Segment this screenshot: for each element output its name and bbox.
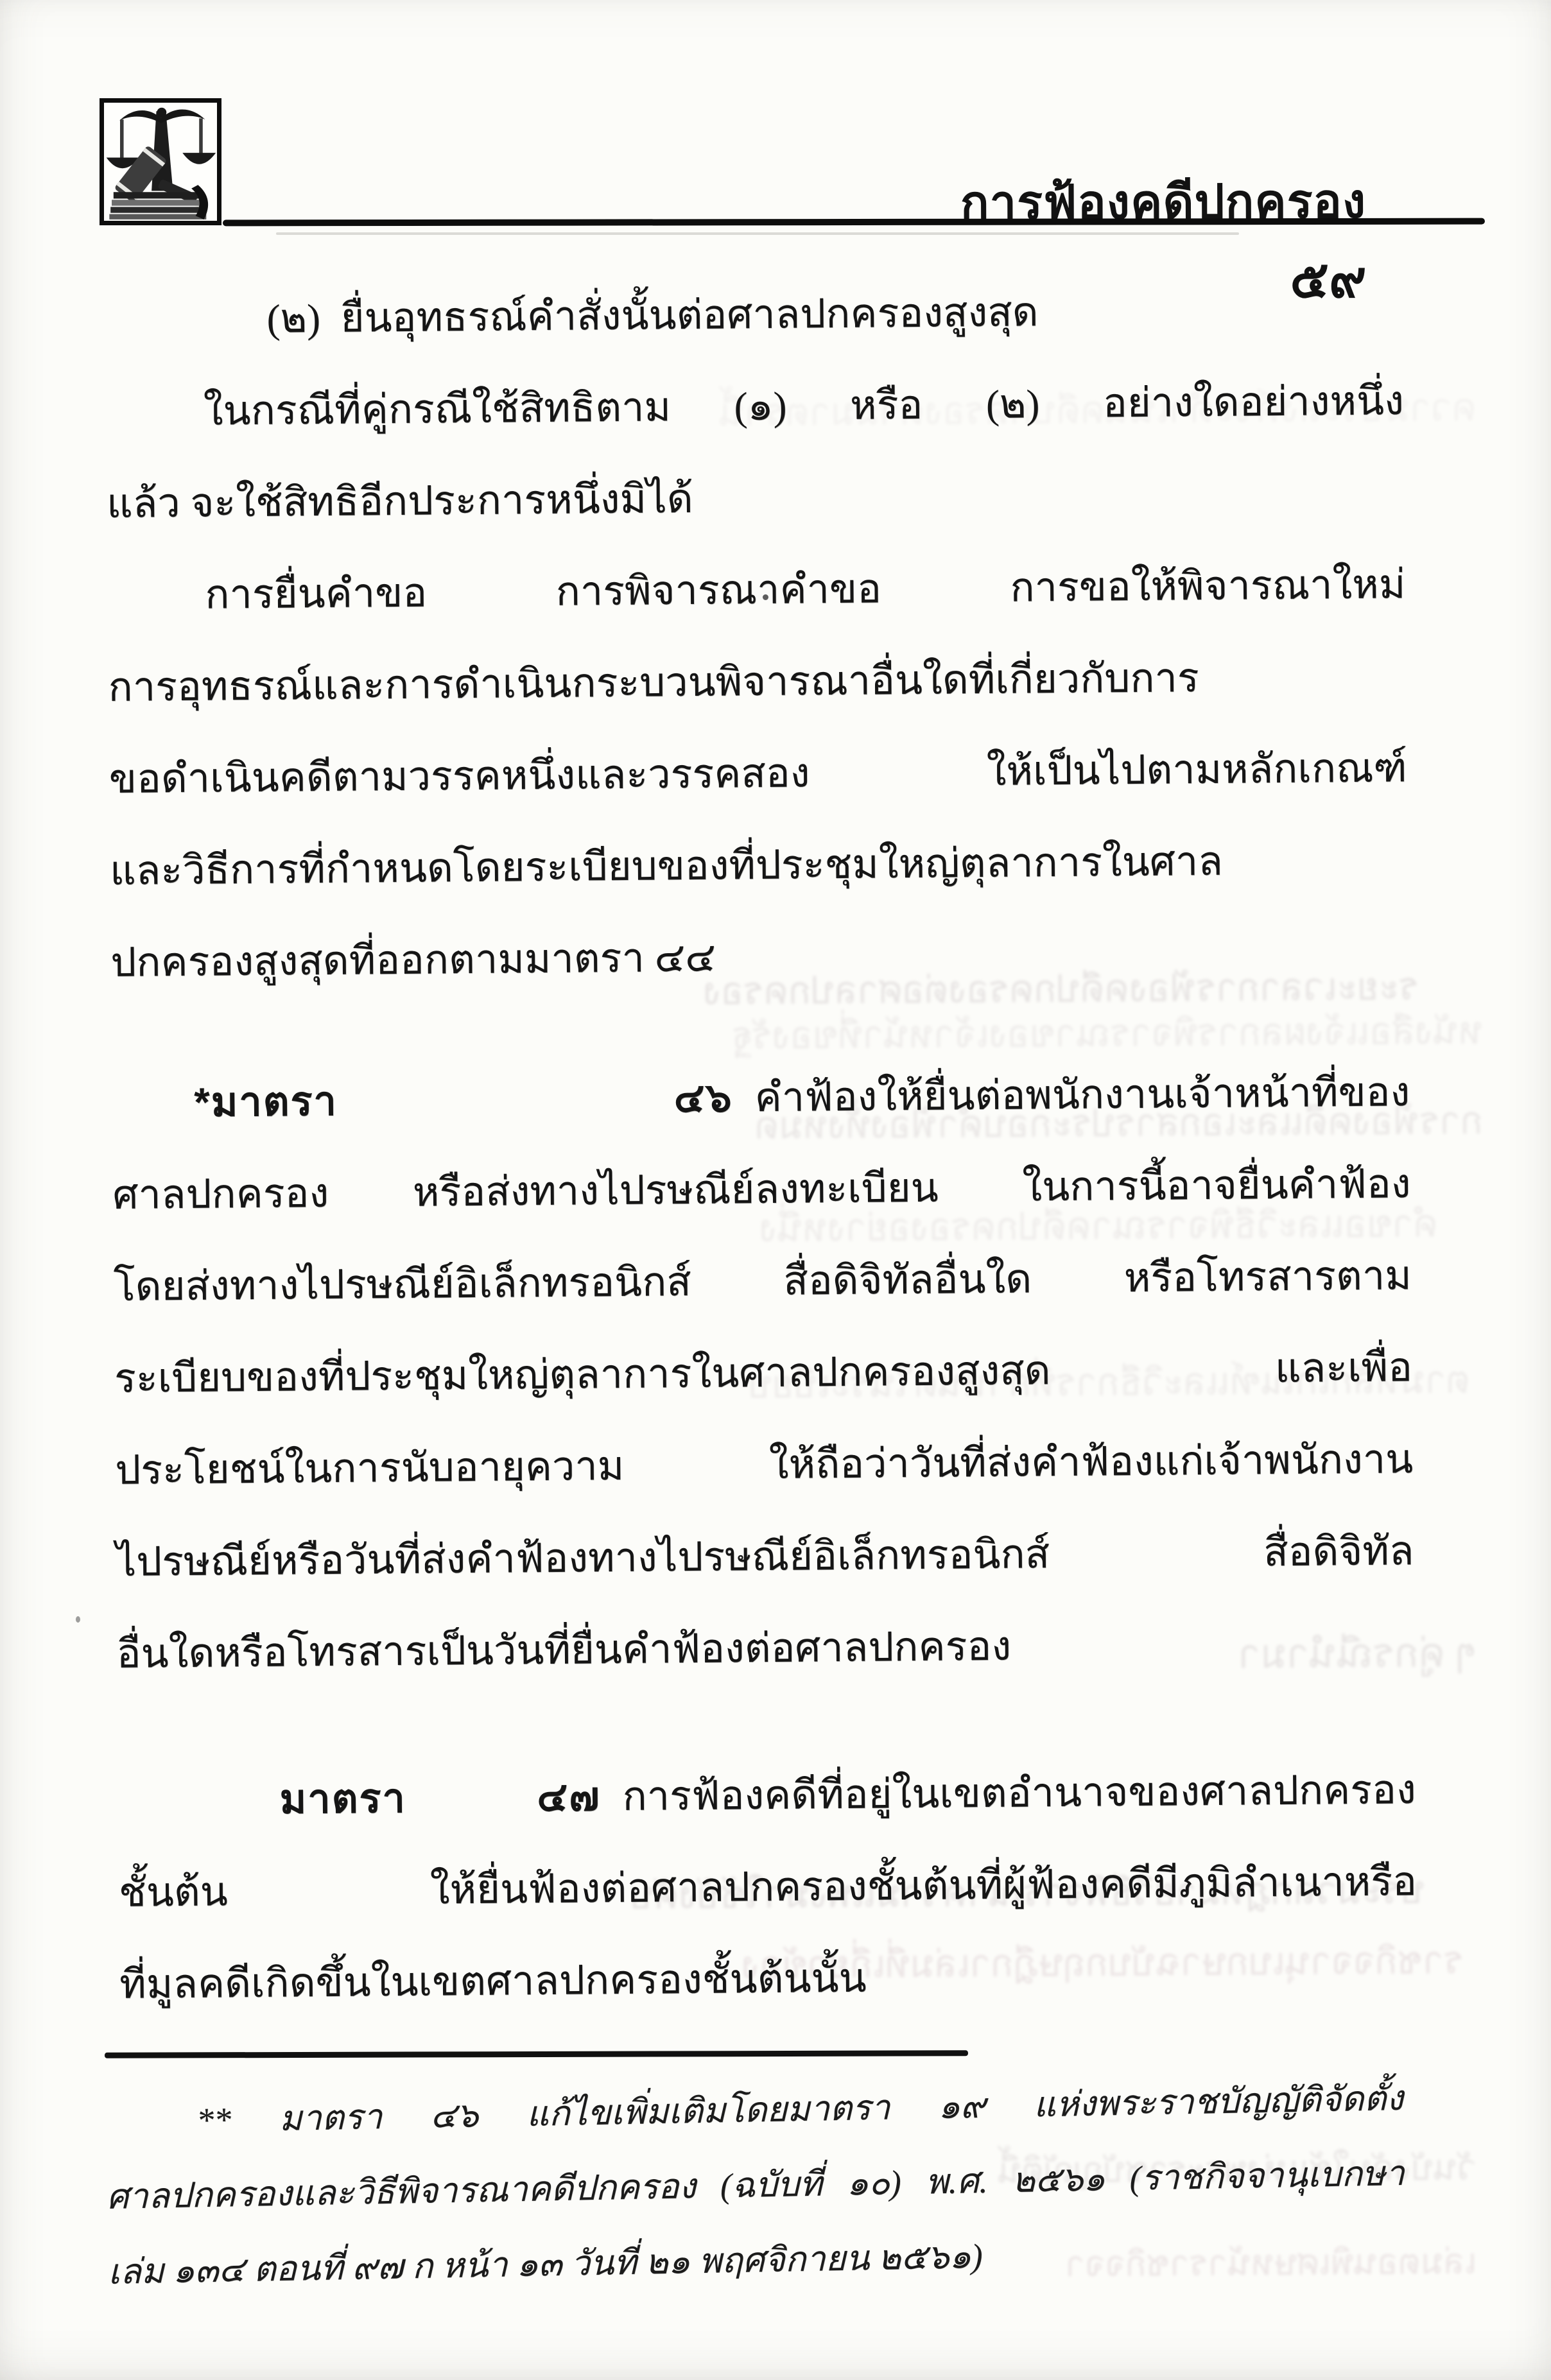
body-line: และวิธีการที่กำหนดโดยระเบียบของที่ประชุม… [109,814,1408,917]
body-line-text: การฟ้องคดีที่อยู่ในเขตอำนาจของศาลปกครอง [622,1767,1416,1819]
body-line: ประโยชน์ในการนับอายุความ ให้ถือว่าวันที่… [115,1413,1414,1517]
body-line: ปกครองสูงสุดที่ออกตามมาตรา ๔๔ [110,906,1409,1009]
page-header: การฟ้องคดีปกครอง ๕๙ [96,151,1366,221]
body-line-section-47: มาตรา ๔๗การฟ้องคดีที่อยู่ในเขตอำนาจของศา… [117,1744,1416,1847]
section-46-heading: *มาตรา ๔๖ [194,1076,733,1125]
body-line-section-46: *มาตรา ๔๖คำฟ้องให้ยื่นต่อพนักงานเจ้าหน้า… [112,1046,1410,1150]
body-line: ศาลปกครอง หรือส่งทางไปรษณีย์ลงทะเบียน ใน… [112,1138,1411,1241]
body-line: การยื่นคำขอ การพิจารณาคำขอ การขอให้พิจาร… [107,539,1406,642]
body-line: โดยส่งทางไปรษณีย์อิเล็กทรอนิกส์ สื่อดิจิ… [113,1230,1412,1333]
section-47-heading: มาตรา ๔๗ [279,1774,600,1822]
body-line: ชั้นต้น ให้ยื่นฟ้องต่อศาลปกครองชั้นต้นที… [118,1836,1417,1939]
scanned-book-page: การฟ้องคดีปกครอง ๕๙ ความประสงค์จะดำเนินค… [0,0,1551,2380]
body-text: (๒) ยื่นอุทธรณ์คำสั่งนั้นต่อศาลปกครองสูง… [105,263,1418,2031]
header-rule-scan-echo [276,232,1239,235]
footnote: ** มาตรา ๔๖ แก้ไขเพิ่มเติมโดยมาตรา ๑๙ แห… [105,2061,1407,2310]
body-line: ขอดำเนินคดีตามวรรคหนึ่งและวรรคสอง ให้เป็… [108,722,1407,825]
body-line: ไปรษณีย์หรือวันที่ส่งคำฟ้องทางไปรษณีย์อิ… [116,1505,1414,1608]
body-line: ที่มูลคดีเกิดขึ้นในเขตศาลปกครองชั้นต้นนั… [119,1927,1418,2031]
body-line: อื่นใดหรือโทรสารเป็นวันที่ยื่นคำฟ้องต่อศ… [116,1597,1415,1700]
body-line: (๒) ยื่นอุทธรณ์คำสั่งนั้นต่อศาลปกครองสูง… [105,263,1403,366]
body-line: ระเบียบของที่ประชุมใหญ่ตุลาการในศาลปกครอ… [114,1322,1412,1425]
body-line: ในกรณีที่คู่กรณีใช้สิทธิตาม (๑) หรือ (๒)… [105,355,1404,458]
scan-speck [763,594,768,600]
body-line-text: คำฟ้องให้ยื่นต่อพนักงานเจ้าหน้าที่ของ [754,1069,1410,1120]
footnote-rule [105,2050,968,2058]
body-line: การอุทธรณ์และการดำเนินกระบวนพิจารณาอื่นใ… [108,630,1407,734]
scan-speck [76,1616,80,1623]
body-line: แล้ว จะใช้สิทธิอีกประการหนึ่งมิได้ [106,447,1405,550]
